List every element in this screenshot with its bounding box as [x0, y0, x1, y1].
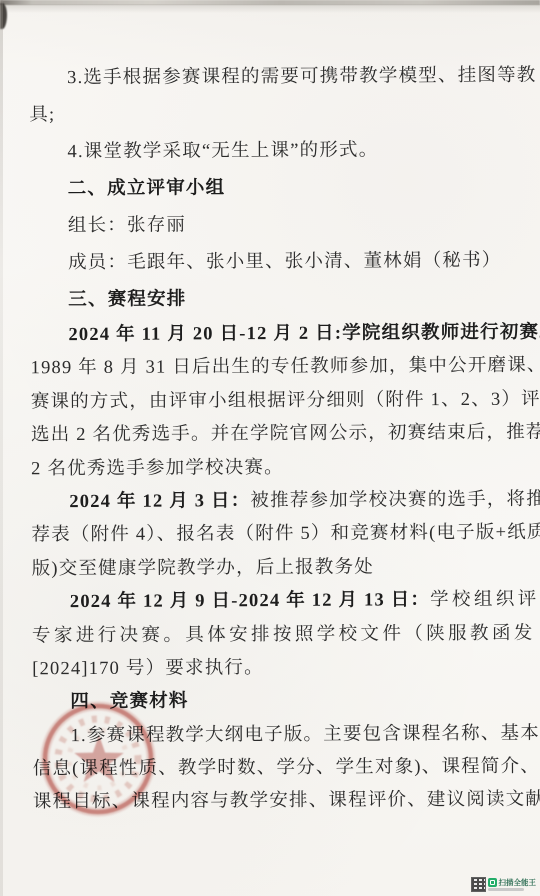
doc-line: 二、成立评审小组 — [30, 169, 516, 209]
doc-line: 荐表（附件 4）、报名表（附件 5）和竞赛材料(电子版+纸质 — [31, 517, 517, 553]
scanner-app-logo-icon — [488, 878, 497, 887]
doc-text: 2024 年 12 月 3 日： — [69, 491, 250, 512]
doc-text: 被推荐参加学校决赛的选手，将推 — [250, 490, 540, 512]
doc-line: 具; — [29, 95, 515, 135]
seal-star-icon — [74, 735, 123, 782]
scanner-watermark: 扫描全能王 — [472, 878, 537, 891]
doc-line: 组长：张存丽 — [30, 206, 516, 246]
doc-line: 1989 年 8 月 31 日后出生的专任教师参加，集中公开磨课、 — [31, 350, 517, 386]
doc-text: 2 名优秀选手参加学校决赛。 — [31, 458, 284, 479]
doc-text: 赛课的方式，由评审小组根据评分细则（附件 1、2、3）评 — [31, 389, 540, 412]
doc-line: 2024 年 12 月 9 日-2024 年 12 月 13 日：学校组织评审 — [32, 584, 518, 620]
doc-text: 具; — [29, 105, 55, 125]
doc-text: 2024 年 12 月 9 日-2024 年 12 月 13 日： — [70, 590, 430, 612]
doc-line: 版)交至健康学院教学办，后上报教务处 — [32, 550, 518, 586]
doc-text: 4.课堂教学采取“无生上课”的形式。 — [67, 140, 378, 162]
official-seal-icon — [36, 698, 162, 824]
doc-line: 三、赛程安排 — [30, 280, 516, 320]
doc-text: 二、成立评审小组 — [68, 178, 226, 199]
doc-text: 组长：张存丽 — [68, 215, 186, 236]
doc-line: 2 名优秀选手参加学校决赛。 — [31, 450, 517, 486]
doc-text: 成员：毛跟年、张小里、张小清、董林娟（秘书） — [68, 251, 502, 273]
doc-text: 2024 年 11 月 20 日-12 月 2 日:学院组织教师进行初赛。 — [68, 323, 540, 346]
doc-line: [2024]170 号）要求执行。 — [32, 651, 518, 687]
doc-line: 3.选手根据参赛课程的需要可携带教学模型、挂图等教 — [29, 58, 515, 98]
doc-text: [2024]170 号）要求执行。 — [32, 658, 264, 679]
doc-text: 学校组织评审 — [430, 590, 540, 611]
doc-text: 选出 2 名优秀选手。并在学院官网公示，初赛结束后，推荐 — [31, 423, 540, 446]
doc-line: 2024 年 12 月 3 日：被推荐参加学校决赛的选手，将推 — [31, 484, 517, 520]
doc-line: 赛课的方式，由评审小组根据评分细则（附件 1、2、3）评 — [31, 384, 517, 420]
scanned-document-page: 3.选手根据参赛课程的需要可携带教学模型、挂图等教具;4.课堂教学采取“无生上课… — [0, 0, 540, 896]
doc-text: 专家进行决赛。具体安排按照学校文件（陕服教函发 — [32, 623, 536, 646]
doc-text: 三、赛程安排 — [68, 289, 186, 310]
doc-line: 专家进行决赛。具体安排按照学校文件（陕服教函发 — [32, 617, 518, 653]
doc-line: 成员：毛跟年、张小里、张小清、董林娟（秘书） — [30, 243, 516, 283]
scan-edge-left — [0, 0, 3, 896]
doc-line: 选出 2 名优秀选手。并在学院官网公示，初赛结束后，推荐 — [31, 417, 517, 453]
qr-code-icon — [472, 878, 485, 891]
doc-text: 版)交至健康学院教学办，后上报教务处 — [32, 557, 374, 579]
doc-text: 1989 年 8 月 31 日后出生的专任教师参加，集中公开磨课、 — [31, 356, 540, 379]
doc-text: 荐表（附件 4）、报名表（附件 5）和竞赛材料(电子版+纸质 — [31, 523, 540, 546]
scan-edge-shadow — [0, 4, 540, 13]
watermark-brand-text: 扫描全能王 — [499, 878, 537, 887]
doc-line: 2024 年 11 月 20 日-12 月 2 日:学院组织教师进行初赛。 — [30, 317, 516, 353]
watermark-subtext-bar — [488, 888, 524, 891]
doc-text: 3.选手根据参赛课程的需要可携带教学模型、挂图等教 — [67, 66, 536, 88]
doc-line: 4.课堂教学采取“无生上课”的形式。 — [29, 132, 515, 172]
